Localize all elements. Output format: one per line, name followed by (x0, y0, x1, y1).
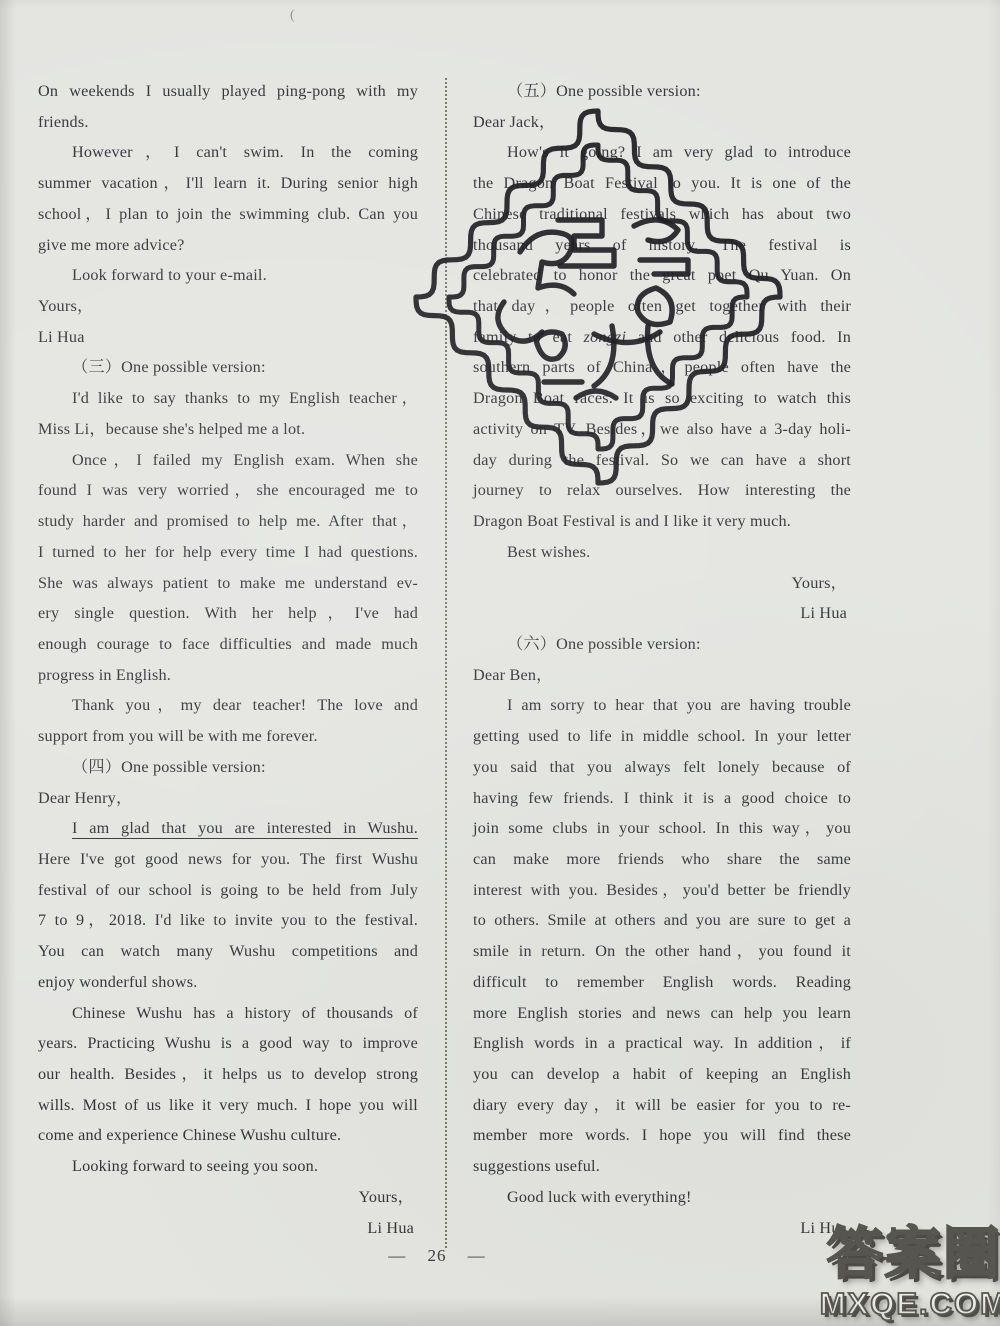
text-line: can make more friends who share the same (473, 844, 851, 875)
text-line: Dear Henry， (38, 783, 418, 814)
text-line: Good luck with everything! (473, 1182, 851, 1213)
text-line: Dear Jack， (473, 107, 851, 138)
text-line: you said that you always felt lonely bec… (473, 752, 851, 783)
text-line: friends. (38, 107, 418, 138)
text-line: activity on TV. Besides，we also have a 3… (473, 414, 851, 445)
right-column: （五）One possible version:Dear Jack，How's … (473, 76, 851, 1243)
text-line: summer vacation，I'll learn it. During se… (38, 168, 418, 199)
text-line: day during the festival. So we can have … (473, 445, 851, 476)
section-heading: （六）One possible version: (473, 629, 851, 660)
text-line: getting used to life in middle school. I… (473, 721, 851, 752)
text-line: Once，I failed my English exam. When she (38, 445, 418, 476)
section-heading: （四）One possible version: (38, 752, 418, 783)
text-line: Miss Li，because she's helped me a lot. (38, 414, 418, 445)
text-line: 7 to 9，2018. I'd like to invite you to t… (38, 905, 418, 936)
page-number: — 26 — (347, 1246, 527, 1266)
text-line: I turned to her for help every time I ha… (38, 537, 418, 568)
text-line: thousand years of history. The festival … (473, 230, 851, 261)
text-line: I am glad that you are interested in Wus… (38, 813, 418, 844)
text-line: ery single question. With her help，I've … (38, 598, 418, 629)
left-column: On weekends I usually played ping-pong w… (38, 76, 418, 1243)
text-line: You can watch many Wushu competitions an… (38, 936, 418, 967)
text-line: school，I plan to join the swimming club.… (38, 199, 418, 230)
text-line: Li Hua (473, 598, 851, 629)
text-line: journey to relax ourselves. How interest… (473, 475, 851, 506)
text-line: Dragon Boat Festival is and I like it ve… (473, 506, 851, 537)
section-heading: （五）One possible version: (473, 76, 851, 107)
section-heading: （三）One possible version: (38, 352, 418, 383)
text-line: come and experience Chinese Wushu cultur… (38, 1120, 418, 1151)
text-line: enough courage to face difficulties and … (38, 629, 418, 660)
text-line: celebrated to honor the great poet Qu Yu… (473, 260, 851, 291)
text-line: festival of our school is going to be he… (38, 875, 418, 906)
text-line: enjoy wonderful shows. (38, 967, 418, 998)
text-line: to others. Smile at others and you are s… (473, 905, 851, 936)
text-line: Here I've got good news for you. The fir… (38, 844, 418, 875)
text-line: Dragon Boat races. It is so exciting to … (473, 383, 851, 414)
text-line: wills. Most of us like it very much. I h… (38, 1090, 418, 1121)
text-line: Yours， (473, 568, 851, 599)
text-line: Li Hua (473, 1213, 851, 1244)
text-line: family to eat zongzi and other delicious… (473, 322, 851, 353)
text-line: Chinese Wushu has a history of thousands… (38, 998, 418, 1029)
text-line: difficult to remember English words. Rea… (473, 967, 851, 998)
text-line: Looking forward to seeing you soon. (38, 1151, 418, 1182)
brand-site-text: MXQE.COM (820, 1286, 1000, 1322)
text-line: join some clubs in your school. In this … (473, 813, 851, 844)
text-line: years. Practicing Wushu is a good way to… (38, 1028, 418, 1059)
stray-scan-mark: ( (290, 8, 295, 24)
text-line: more English stories and news can help y… (473, 998, 851, 1029)
text-line: diary every day，it will be easier for yo… (473, 1090, 851, 1121)
text-line: member more words. I hope you will find … (473, 1120, 851, 1151)
text-line: you can develop a habit of keeping an En… (473, 1059, 851, 1090)
text-line: progress in English. (38, 660, 418, 691)
text-line: Thank you，my dear teacher! The love and (38, 690, 418, 721)
text-line: Yours， (38, 1182, 418, 1213)
text-line: smile in return. On the other hand，you f… (473, 936, 851, 967)
text-line: southern parts of China，people often hav… (473, 352, 851, 383)
text-line: found I was very worried，she encouraged … (38, 475, 418, 506)
text-line: Yours， (38, 291, 418, 322)
text-line: Look forward to your e-mail. (38, 260, 418, 291)
text-line: I am sorry to hear that you are having t… (473, 690, 851, 721)
text-line: support from you will be with me forever… (38, 721, 418, 752)
text-line: our health. Besides，it helps us to devel… (38, 1059, 418, 1090)
text-line: give me more advice? (38, 230, 418, 261)
text-line: study harder and promised to help me. Af… (38, 506, 418, 537)
text-line: suggestions useful. (473, 1151, 851, 1182)
text-line: On weekends I usually played ping-pong w… (38, 76, 418, 107)
text-line: However，I can't swim. In the coming (38, 137, 418, 168)
text-line: interest with you. Besides，you'd better … (473, 875, 851, 906)
text-line: Li Hua (38, 322, 418, 353)
text-line: Li Hua (38, 1213, 418, 1244)
text-line: Dear Ben， (473, 660, 851, 691)
text-line: that day，people often get together with … (473, 291, 851, 322)
text-line: the Dragon Boat Festival to you. It is o… (473, 168, 851, 199)
text-line: Best wishes. (473, 537, 851, 568)
text-line: She was always patient to make me unders… (38, 568, 418, 599)
text-line: How's it going? I am very glad to introd… (473, 137, 851, 168)
column-divider-rule (445, 78, 447, 1248)
text-line: I'd like to say thanks to my English tea… (38, 383, 418, 414)
text-line: English words in a practical way. In add… (473, 1028, 851, 1059)
text-line: Chinese traditional festivals which has … (473, 199, 851, 230)
text-line: having few friends. I think it is a good… (473, 783, 851, 814)
